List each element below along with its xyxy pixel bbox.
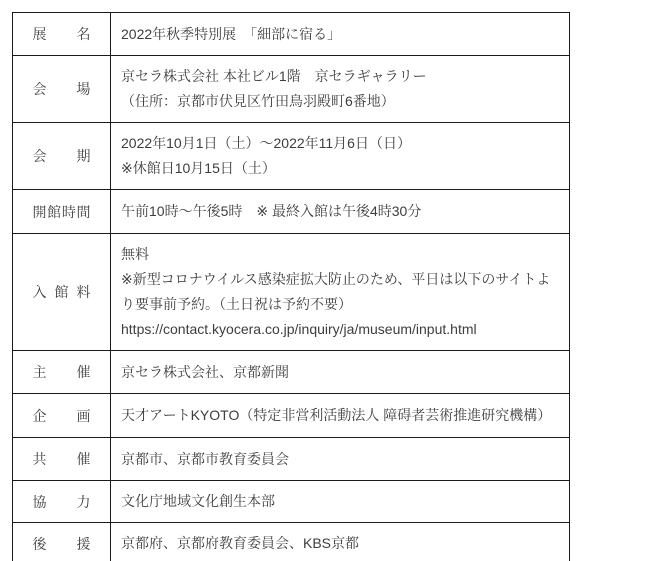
table-row-exhibition-name: 展名 2022年秋季特別展 「細部に宿る」: [13, 13, 570, 56]
row-value-cell: 午前10時〜午後5時 ※ 最終入館は午後4時30分: [111, 190, 570, 234]
exhibition-info-table: 展名 2022年秋季特別展 「細部に宿る」 会場 京セラ株式会社 本社ビル1階 …: [12, 12, 570, 561]
row-label-cell: 共催: [13, 438, 111, 481]
table-row-co-organizer: 共催 京都市、京都市教育委員会: [13, 438, 570, 481]
value-line: 無料: [121, 242, 559, 267]
table-row-support: 後援 京都府、京都府教育委員会、KBS京都: [13, 523, 570, 561]
row-label: 会期: [33, 146, 91, 166]
table-row-venue: 会場 京セラ株式会社 本社ビル1階 京セラギャラリー （住所：京都市伏見区竹田鳥…: [13, 56, 570, 123]
value-line: 2022年秋季特別展 「細部に宿る」: [121, 22, 559, 47]
row-label: 共催: [33, 449, 91, 469]
row-label-cell: 開館時間: [13, 190, 111, 234]
value-line: 京都府、京都府教育委員会、KBS京都: [121, 531, 559, 556]
row-label-cell: 会場: [13, 56, 111, 123]
value-line: 京セラ株式会社 本社ビル1階 京セラギャラリー: [121, 64, 559, 89]
row-label: 入館料: [33, 282, 91, 302]
row-label: 企画: [33, 406, 91, 426]
row-label-cell: 展名: [13, 13, 111, 56]
row-label: 後援: [33, 534, 91, 554]
table-row-planning: 企画 天才アートKYOTO（特定非営利活動法人 障碍者芸術推進研究機構）: [13, 394, 570, 438]
table-row-period: 会期 2022年10月1日（土）〜2022年11月6日（日） ※休館日10月15…: [13, 123, 570, 190]
table-row-opening-hours: 開館時間 午前10時〜午後5時 ※ 最終入館は午後4時30分: [13, 190, 570, 234]
value-line: （住所：京都市伏見区竹田鳥羽殿町6番地）: [121, 89, 559, 114]
row-label-cell: 企画: [13, 394, 111, 438]
value-line: 京セラ株式会社、京都新聞: [121, 360, 559, 385]
row-value-cell: 2022年10月1日（土）〜2022年11月6日（日） ※休館日10月15日（土…: [111, 123, 570, 190]
row-label: 協力: [33, 492, 91, 512]
row-label: 会場: [33, 79, 91, 99]
value-line: 天才アートKYOTO（特定非営利活動法人 障碍者芸術推進研究機構）: [121, 403, 559, 428]
value-line: ※新型コロナウイルス感染症拡大防止のため、平日は以下のサイトよ: [121, 267, 559, 292]
row-label: 展名: [33, 24, 91, 44]
row-value-cell: 2022年秋季特別展 「細部に宿る」: [111, 13, 570, 56]
table-row-admission: 入館料 無料 ※新型コロナウイルス感染症拡大防止のため、平日は以下のサイトよ り…: [13, 234, 570, 351]
table-row-organizer: 主催 京セラ株式会社、京都新聞: [13, 351, 570, 394]
value-line: 文化庁地域文化創生本部: [121, 489, 559, 514]
row-value-cell: 京セラ株式会社、京都新聞: [111, 351, 570, 394]
row-label-cell: 協力: [13, 481, 111, 523]
row-label-cell: 入館料: [13, 234, 111, 351]
row-value-cell: 無料 ※新型コロナウイルス感染症拡大防止のため、平日は以下のサイトよ り要事前予…: [111, 234, 570, 351]
row-label-cell: 会期: [13, 123, 111, 190]
row-label-cell: 主催: [13, 351, 111, 394]
row-value-cell: 京セラ株式会社 本社ビル1階 京セラギャラリー （住所：京都市伏見区竹田鳥羽殿町…: [111, 56, 570, 123]
value-line: ※休館日10月15日（土）: [121, 156, 559, 181]
value-line: 2022年10月1日（土）〜2022年11月6日（日）: [121, 131, 559, 156]
row-value-cell: 天才アートKYOTO（特定非営利活動法人 障碍者芸術推進研究機構）: [111, 394, 570, 438]
row-value-cell: 文化庁地域文化創生本部: [111, 481, 570, 523]
row-label: 開館時間: [33, 202, 91, 222]
table-row-cooperation: 協力 文化庁地域文化創生本部: [13, 481, 570, 523]
value-line: 京都市、京都市教育委員会: [121, 447, 559, 472]
row-label-cell: 後援: [13, 523, 111, 561]
value-line: り要事前予約。（土日祝は予約不要）: [121, 292, 559, 317]
row-label: 主催: [33, 362, 91, 382]
value-line: 午前10時〜午後5時 ※ 最終入館は午後4時30分: [121, 199, 559, 224]
row-value-cell: 京都府、京都府教育委員会、KBS京都: [111, 523, 570, 561]
row-value-cell: 京都市、京都市教育委員会: [111, 438, 570, 481]
reservation-url: https://contact.kyocera.co.jp/inquiry/ja…: [121, 317, 559, 342]
